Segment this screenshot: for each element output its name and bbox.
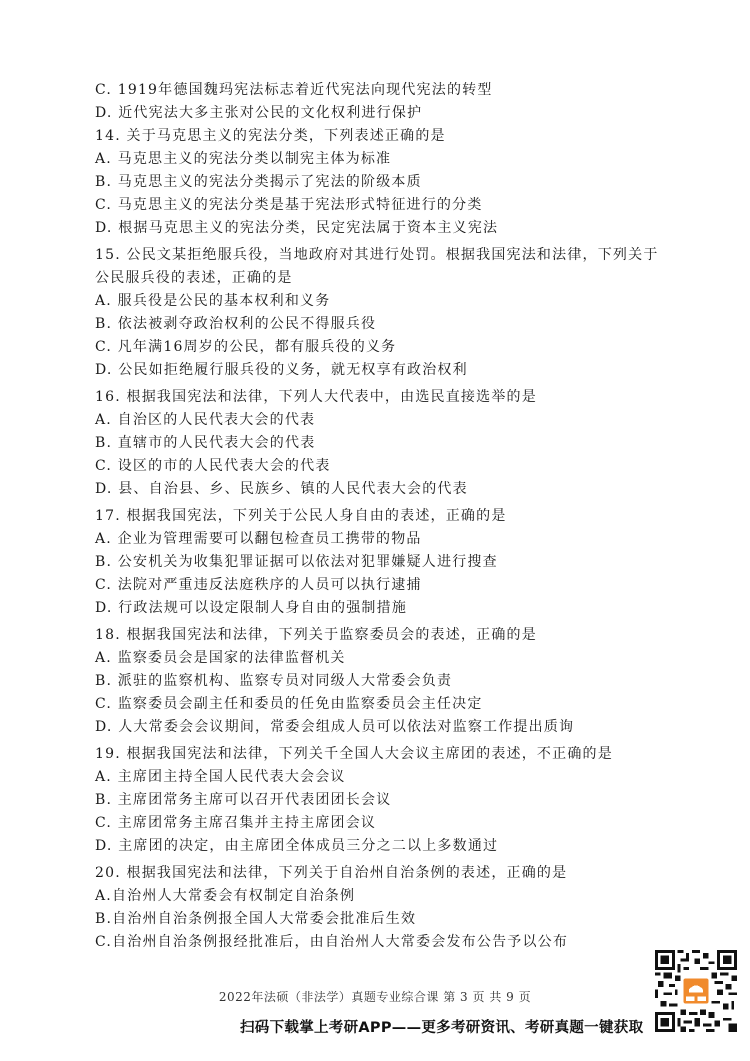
option-label: C.	[95, 815, 112, 831]
option-c: C. 1919年德国魏玛宪法标志着近代宪法向现代宪法的转型	[95, 79, 695, 102]
option-text: 公民如拒绝履行服兵役的义务，就无权享有政治权利	[118, 362, 468, 378]
option-label: C.	[95, 696, 112, 712]
option-b: B. 依法被剥夺政治权利的公民不得服兵役	[95, 313, 695, 336]
option-text: 主席团的决定，由主席团全体成员三分之二以上多数通过	[118, 838, 498, 854]
option-d: D. 近代宪法大多主张对公民的文化权利进行保护	[95, 102, 695, 125]
option-b: B. 马克思主义的宪法分类揭示了宪法的阶级本质	[95, 171, 695, 194]
option-text: 依法被剥夺政治权利的公民不得服兵役	[118, 316, 376, 332]
question-19: 19. 根据我国宪法和法律，下列关千全国人大会议主席团的表述，不正确的是A. 主…	[95, 743, 695, 858]
question-stem: 15. 公民文某拒绝服兵役，当地政府对其进行处罚。根据我国宪法和法律，下列关于	[95, 244, 695, 267]
option-label: B.	[95, 435, 112, 451]
option-text: 人大常委会会议期间，常委会组成人员可以依法对监察工作提出质询	[118, 719, 574, 735]
option-b: B. 公安机关为收集犯罪证据可以依法对犯罪嫌疑人进行搜查	[95, 551, 695, 574]
option-text: 派驻的监察机构、监察专员对同级人大常委会负责	[118, 673, 452, 689]
option-c: C. 凡年满16周岁的公民，都有服兵役的义务	[95, 336, 695, 359]
question-number: 17.	[95, 508, 121, 524]
option-label: B.	[95, 174, 112, 190]
question-stem-text: 根据我国宪法和法律，下列人大代表中，由选民直接选举的是	[127, 389, 537, 405]
question-13-continuation: C. 1919年德国魏玛宪法标志着近代宪法向现代宪法的转型 D. 近代宪法大多主…	[95, 79, 695, 125]
option-label: D.	[95, 600, 113, 616]
option-text: 直辖市的人民代表大会的代表	[118, 435, 316, 451]
question-stem-text: 关于马克思主义的宪法分类，下列表述正确的是	[127, 128, 446, 144]
option-label: B.	[95, 673, 112, 689]
question-stem: 14. 关于马克思主义的宪法分类，下列表述正确的是	[95, 125, 695, 148]
option-label: D.	[95, 838, 113, 854]
option-text: 自治州自治条例报全国人大常委会批准后生效	[112, 911, 416, 927]
question-stem: 19. 根据我国宪法和法律，下列关千全国人大会议主席团的表述，不正确的是	[95, 743, 695, 766]
option-text: 马克思主义的宪法分类以制宪主体为标准	[118, 151, 392, 167]
option-a: A. 监察委员会是国家的法律监督机关	[95, 647, 695, 670]
question-15: 15. 公民文某拒绝服兵役，当地政府对其进行处罚。根据我国宪法和法律，下列关于公…	[95, 244, 695, 382]
option-text: 主席团常务主席召集并主持主席团会议	[118, 815, 376, 831]
qr-code-icon[interactable]	[655, 950, 737, 1032]
option-text: 主席团主持全国人民代表大会会议	[118, 769, 346, 785]
question-stem: 公民服兵役的表述，正确的是	[95, 267, 695, 290]
option-label: A.	[95, 151, 112, 167]
option-a: A. 企业为管理需要可以翻包检查员工携带的物品	[95, 528, 695, 551]
question-14: 14. 关于马克思主义的宪法分类，下列表述正确的是A. 马克思主义的宪法分类以制…	[95, 125, 695, 240]
option-text: 公安机关为收集犯罪证据可以依法对犯罪嫌疑人进行搜查	[118, 554, 498, 570]
option-c: C. 设区的市的人民代表大会的代表	[95, 455, 695, 478]
question-stem: 18. 根据我国宪法和法律，下列关于监察委员会的表述，正确的是	[95, 624, 695, 647]
question-number: 14.	[95, 128, 121, 144]
option-d: D. 主席团的决定，由主席团全体成员三分之二以上多数通过	[95, 835, 695, 858]
option-a: A. 马克思主义的宪法分类以制宪主体为标准	[95, 148, 695, 171]
option-label: A.	[95, 769, 112, 785]
option-label: C.	[95, 934, 112, 950]
option-a: A. 主席团主持全国人民代表大会会议	[95, 766, 695, 789]
option-label: B.	[95, 316, 112, 332]
question-number: 20.	[95, 865, 121, 881]
question-number: 18.	[95, 627, 121, 643]
question-16: 16. 根据我国宪法和法律，下列人大代表中，由选民直接选举的是A. 自治区的人民…	[95, 386, 695, 501]
option-text: 自治区的人民代表大会的代表	[118, 412, 316, 428]
question-stem-text: 公民文某拒绝服兵役，当地政府对其进行处罚。根据我国宪法和法律，下列关于	[127, 247, 659, 263]
option-d: D. 行政法规可以设定限制人身自由的强制措施	[95, 597, 695, 620]
option-text: 法院对严重违反法庭秩序的人员可以执行逮捕	[118, 577, 422, 593]
option-label: A.	[95, 412, 112, 428]
option-c: C. 法院对严重违反法庭秩序的人员可以执行逮捕	[95, 574, 695, 597]
option-label: D.	[95, 362, 113, 378]
option-c: C. 主席团常务主席召集并主持主席团会议	[95, 812, 695, 835]
question-stem-text: 根据我国宪法和法律，下列关于自治州自治条例的表述，正确的是	[127, 865, 568, 881]
question-number: 15.	[95, 247, 121, 263]
question-stem-text: 根据我国宪法，下列关于公民人身自由的表述，正确的是	[127, 508, 507, 524]
option-label: A.	[95, 531, 112, 547]
question-20: 20. 根据我国宪法和法律，下列关于自治州自治条例的表述，正确的是A.自治州人大…	[95, 862, 695, 954]
option-label: D.	[95, 719, 113, 735]
question-18: 18. 根据我国宪法和法律，下列关于监察委员会的表述，正确的是A. 监察委员会是…	[95, 624, 695, 739]
question-number: 19.	[95, 746, 121, 762]
option-c: C. 马克思主义的宪法分类是基于宪法形式特征进行的分类	[95, 194, 695, 217]
option-text: 企业为管理需要可以翻包检查员工携带的物品	[118, 531, 422, 547]
option-label: C.	[95, 577, 112, 593]
option-a: A.自治州人大常委会有权制定自治条例	[95, 885, 695, 908]
app-download-banner: 扫码下载掌上考研APP——更多考研资讯、考研真题一键获取	[240, 1016, 643, 1037]
option-b: B. 派驻的监察机构、监察专员对同级人大常委会负责	[95, 670, 695, 693]
option-b: B. 直辖市的人民代表大会的代表	[95, 432, 695, 455]
page-footer: 2022年法硕（非法学）真题专业综合课 第 3 页 共 9 页	[0, 988, 750, 1005]
option-c: C. 监察委员会副主任和委员的任免由监察委员会主任决定	[95, 693, 695, 716]
question-stem-text: 根据我国宪法和法律，下列关于监察委员会的表述，正确的是	[127, 627, 537, 643]
option-label: D.	[95, 481, 113, 497]
option-label: C.	[95, 458, 112, 474]
question-number: 16.	[95, 389, 121, 405]
option-text: 马克思主义的宪法分类是基于宪法形式特征进行的分类	[118, 197, 483, 213]
question-stem: 16. 根据我国宪法和法律，下列人大代表中，由选民直接选举的是	[95, 386, 695, 409]
option-b: B.自治州自治条例报全国人大常委会批准后生效	[95, 908, 695, 931]
option-text: 监察委员会是国家的法律监督机关	[118, 650, 346, 666]
question-stem-text: 根据我国宪法和法律，下列关千全国人大会议主席团的表述，不正确的是	[127, 746, 613, 762]
option-d: D. 人大常委会会议期间，常委会组成人员可以依法对监察工作提出质询	[95, 716, 695, 739]
option-text: 主席团常务主席可以召开代表团团长会议	[118, 792, 392, 808]
option-text: 行政法规可以设定限制人身自由的强制措施	[118, 600, 407, 616]
option-label: B.	[95, 911, 112, 927]
question-stem: 20. 根据我国宪法和法律，下列关于自治州自治条例的表述，正确的是	[95, 862, 695, 885]
question-stem-text: 公民服兵役的表述，正确的是	[95, 270, 293, 286]
option-label: A.	[95, 888, 112, 904]
option-text: 凡年满16周岁的公民，都有服兵役的义务	[118, 339, 397, 355]
option-d: D. 县、自治县、乡、民族乡、镇的人民代表大会的代表	[95, 478, 695, 501]
option-label: C.	[95, 197, 112, 213]
option-label: B.	[95, 792, 112, 808]
option-text: 县、自治县、乡、民族乡、镇的人民代表大会的代表	[118, 481, 468, 497]
option-label: C.	[95, 339, 112, 355]
question-17: 17. 根据我国宪法，下列关于公民人身自由的表述，正确的是A. 企业为管理需要可…	[95, 505, 695, 620]
option-d: D. 根据马克思主义的宪法分类，民定宪法属于资本主义宪法	[95, 217, 695, 240]
option-text: 根据马克思主义的宪法分类，民定宪法属于资本主义宪法	[118, 220, 498, 236]
option-label: B.	[95, 554, 112, 570]
question-stem: 17. 根据我国宪法，下列关于公民人身自由的表述，正确的是	[95, 505, 695, 528]
option-text: 设区的市的人民代表大会的代表	[118, 458, 331, 474]
option-text: 马克思主义的宪法分类揭示了宪法的阶级本质	[118, 174, 422, 190]
exam-page-content: C. 1919年德国魏玛宪法标志着近代宪法向现代宪法的转型 D. 近代宪法大多主…	[95, 79, 695, 954]
option-text: 服兵役是公民的基本权利和义务	[118, 293, 331, 309]
option-text: 监察委员会副主任和委员的任免由监察委员会主任决定	[118, 696, 483, 712]
option-b: B. 主席团常务主席可以召开代表团团长会议	[95, 789, 695, 812]
option-label: A.	[95, 293, 112, 309]
option-a: A. 自治区的人民代表大会的代表	[95, 409, 695, 432]
option-label: D.	[95, 220, 113, 236]
option-c: C.自治州自治条例报经批准后，由自治州人大常委会发布公告予以公布	[95, 931, 695, 954]
option-d: D. 公民如拒绝履行服兵役的义务，就无权享有政治权利	[95, 359, 695, 382]
option-label: A.	[95, 650, 112, 666]
option-text: 自治州人大常委会有权制定自治条例	[112, 888, 355, 904]
option-text: 自治州自治条例报经批准后，由自治州人大常委会发布公告予以公布	[112, 934, 568, 950]
option-a: A. 服兵役是公民的基本权利和义务	[95, 290, 695, 313]
